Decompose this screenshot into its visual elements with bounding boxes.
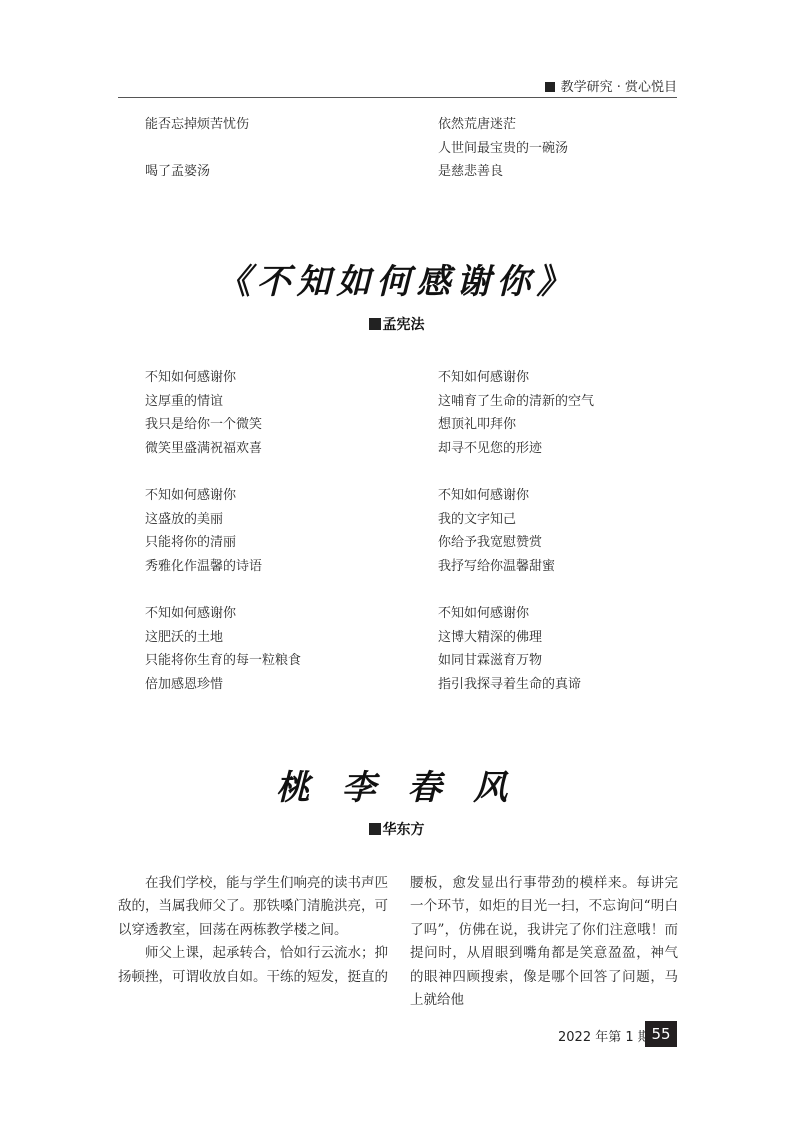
author-name: 孟宪法 <box>383 317 425 333</box>
poem-line: 想顶礼叩拜你 <box>438 413 516 437</box>
square-bullet-icon <box>545 82 555 92</box>
poem-line: 不知如何感谢你 <box>438 484 529 508</box>
poem-line: 不知如何感谢你 <box>438 366 529 390</box>
poem-title: 《不知如何感谢你》 <box>0 254 793 303</box>
article-author: 华东方 <box>0 819 793 839</box>
paragraph: 腰板，愈发显出行事带劲的模样来。每讲完一个环节，如炬的目光一扫，不忘询问“明白了… <box>410 872 678 1012</box>
author-name: 华东方 <box>383 822 425 838</box>
poem-line: 我的文字知己 <box>438 508 516 532</box>
poem-line: 只能将你生育的每一粒粮食 <box>145 649 301 673</box>
poem-line: 这博大精深的佛理 <box>438 626 542 650</box>
section-label: 教学研究 · 赏心悦目 <box>561 80 677 95</box>
paragraph: 在我们学校，能与学生们响亮的读书声匹敌的，当属我师父了。那铁嗓门清脆洪亮，可以穿… <box>118 872 388 942</box>
article-title: 桃 李 春 风 <box>0 760 793 809</box>
section-header: 教学研究 · 赏心悦目 <box>545 76 677 95</box>
square-bullet-icon <box>369 318 381 330</box>
poem-line: 这盛放的美丽 <box>145 508 223 532</box>
poem-line: 你给予我宽慰赞赏 <box>438 531 542 555</box>
poem-line: 我抒写给你温馨甜蜜 <box>438 555 555 579</box>
issue-label: 2022 年第 1 期 <box>558 1026 651 1045</box>
poem-line: 倍加感恩珍惜 <box>145 673 223 697</box>
poem-line: 只能将你的清丽 <box>145 531 236 555</box>
poem-line: 我只是给你一个微笑 <box>145 413 262 437</box>
poem-line: 秀雅化作温馨的诗语 <box>145 555 262 579</box>
poem-line: 喝了孟婆汤 <box>145 160 210 184</box>
article-column-right: 腰板，愈发显出行事带劲的模样来。每讲完一个环节，如炬的目光一扫，不忘询问“明白了… <box>410 872 678 1012</box>
page-number: 55 <box>645 1021 677 1047</box>
poem-author: 孟宪法 <box>0 314 793 334</box>
header-divider <box>118 97 677 98</box>
poem-line: 是慈悲善良 <box>438 160 503 184</box>
poem-line: 不知如何感谢你 <box>145 602 236 626</box>
poem-line: 依然荒唐迷茫 <box>438 113 516 137</box>
poem-line: 人世间最宝贵的一碗汤 <box>438 137 568 161</box>
poem-line: 这厚重的情谊 <box>145 390 223 414</box>
square-bullet-icon <box>369 823 381 835</box>
paragraph: 师父上课，起承转合，恰如行云流水；抑扬顿挫，可谓收放自如。干练的短发，挺直的 <box>118 942 388 989</box>
poem-line: 这肥沃的土地 <box>145 626 223 650</box>
poem-line: 这哺育了生命的清新的空气 <box>438 390 594 414</box>
poem-line: 如同甘霖滋育万物 <box>438 649 542 673</box>
poem-line: 不知如何感谢你 <box>438 602 529 626</box>
poem-line: 能否忘掉烦苦忧伤 <box>145 113 249 137</box>
poem-line: 指引我探寻着生命的真谛 <box>438 673 581 697</box>
poem-line: 不知如何感谢你 <box>145 484 236 508</box>
poem-line: 却寻不见您的形迹 <box>438 437 542 461</box>
poem-line: 微笑里盛满祝福欢喜 <box>145 437 262 461</box>
article-column-left: 在我们学校，能与学生们响亮的读书声匹敌的，当属我师父了。那铁嗓门清脆洪亮，可以穿… <box>118 872 388 989</box>
poem-line: 不知如何感谢你 <box>145 366 236 390</box>
